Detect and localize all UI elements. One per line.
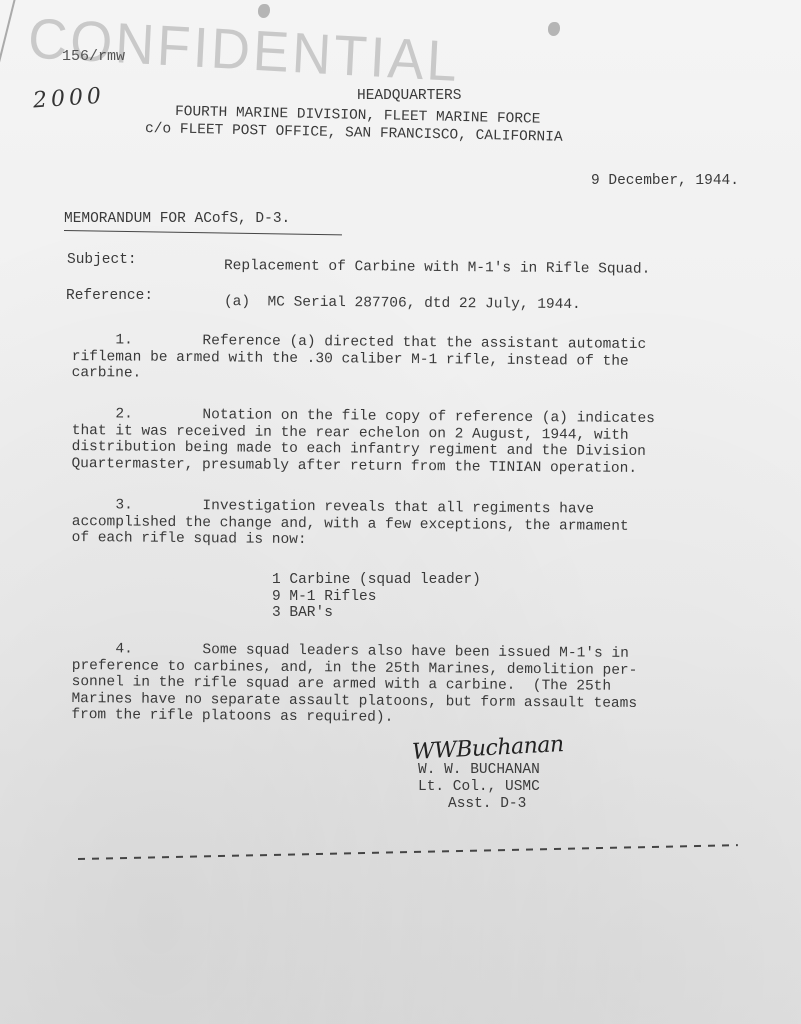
subject-label: Subject:: [67, 252, 137, 269]
punch-hole-icon: [548, 22, 560, 36]
paragraph-4: 4. Some squad leaders also have been iss…: [71, 641, 762, 730]
file-reference: 156/rmw: [62, 48, 125, 65]
paragraph-3: 3. Investigation reveals that all regime…: [72, 497, 762, 553]
page-edge-line: [0, 0, 18, 107]
paragraph-1: 1. Reference (a) directed that the assis…: [72, 332, 762, 388]
armament-item: 3 BAR's: [272, 605, 481, 622]
addressee-underline: [64, 230, 342, 235]
signatory-name: W. W. BUCHANAN: [418, 762, 540, 779]
reference-text: (a) MC Serial 287706, dtd 22 July, 1944.: [224, 294, 581, 314]
punch-hole-icon: [258, 4, 270, 18]
subject-text: Replacement of Carbine with M-1's in Rif…: [224, 258, 651, 279]
signatory-rank: Lt. Col., USMC: [418, 779, 540, 796]
handwritten-signature: WWBuchanan: [411, 732, 564, 765]
signature-block: W. W. BUCHANAN Lt. Col., USMC Asst. D-3: [418, 762, 540, 813]
memo-addressee: MEMORANDUM FOR ACofS, D-3.: [64, 211, 290, 228]
header-line-1: HEADQUARTERS: [357, 88, 461, 105]
signatory-title: Asst. D-3: [418, 796, 540, 813]
paragraph-2: 2. Notation on the file copy of referenc…: [71, 406, 762, 478]
armament-item: 1 Carbine (squad leader): [272, 572, 481, 589]
reference-label: Reference:: [66, 288, 153, 305]
dashed-separator: [78, 844, 738, 860]
memo-date: 9 December, 1944.: [591, 173, 739, 190]
armament-list: 1 Carbine (squad leader) 9 M-1 Rifles 3 …: [272, 572, 481, 622]
armament-item: 9 M-1 Rifles: [272, 589, 481, 606]
document-page: CONFIDENTIAL 156/rmw 2000 HEADQUARTERS F…: [0, 0, 801, 1024]
handwritten-number: 2000: [32, 84, 106, 114]
